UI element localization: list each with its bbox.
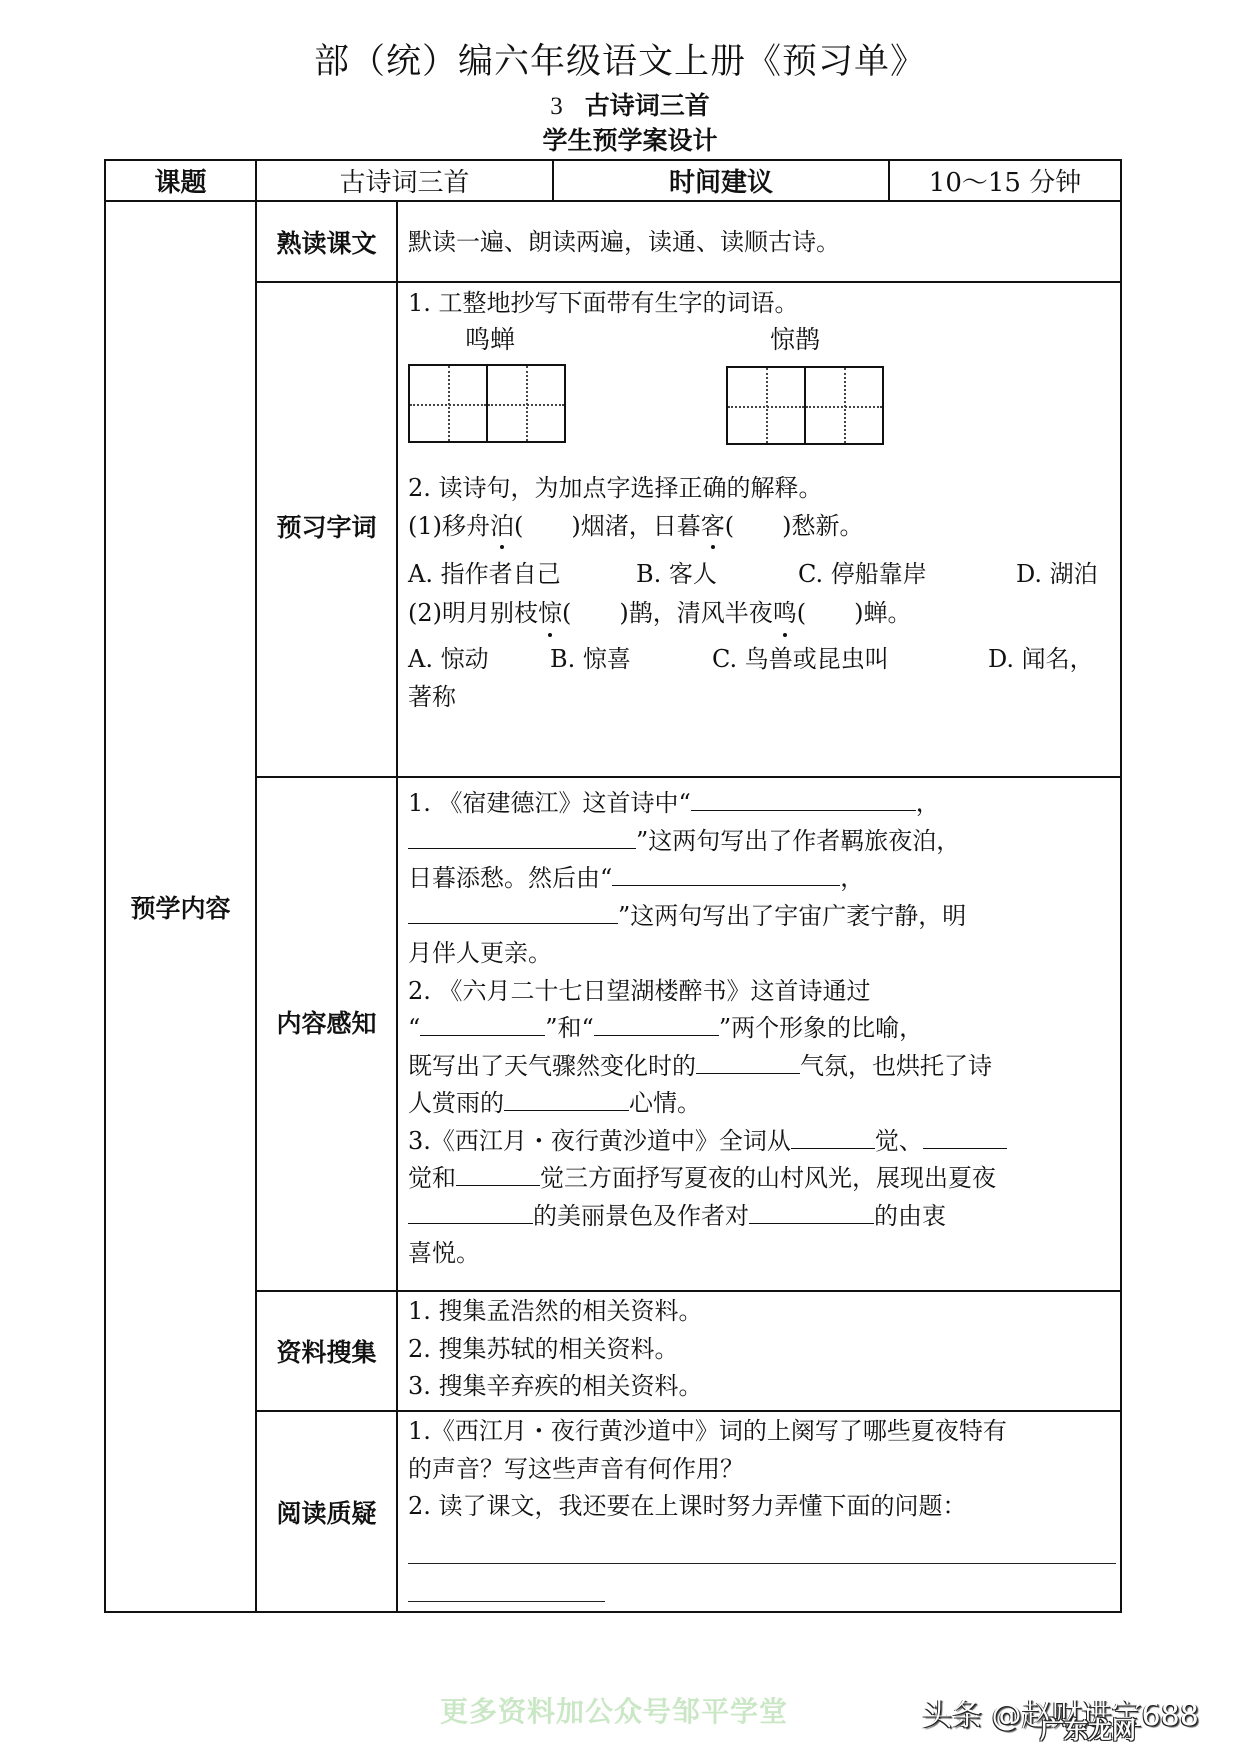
vocab-q2: 2. 读诗句，为加点字选择正确的解释。 (1)移舟泊( )烟渚，日暮客( )愁新… xyxy=(408,470,863,545)
perception-line: ”这两句写出了宇宙广袤宁静，明 xyxy=(408,898,1007,936)
text: 气氛，也烘托了诗 xyxy=(800,1052,992,1080)
option-b: B. 惊喜 xyxy=(550,641,712,679)
perception-line: “”和“”两个形象的比喻， xyxy=(408,1010,1007,1048)
grid-cell[interactable] xyxy=(728,368,806,443)
perception-line: 2. 《六月二十七日望湖楼醉书》这首诗通过 xyxy=(408,973,1007,1011)
answer-line[interactable] xyxy=(408,1601,605,1602)
row-label-materials: 资料搜集 xyxy=(257,1291,396,1411)
option-a: A. 惊动 xyxy=(408,641,550,679)
text: 觉、 xyxy=(875,1127,923,1155)
fill-blank[interactable] xyxy=(923,1126,1007,1149)
dotted-char: 泊 xyxy=(490,508,514,546)
row-label-perception: 内容感知 xyxy=(257,777,396,1291)
option-c: C. 鸟兽或昆虫叫 xyxy=(712,641,988,679)
topic-value: 古诗词三首 xyxy=(257,160,552,201)
fill-blank[interactable] xyxy=(408,826,636,849)
word-label-jingque: 惊鹊 xyxy=(770,320,820,356)
vocab-q2-options1: A. 指作者自己B. 客人C. 停船靠岸D. 湖泊 xyxy=(408,556,1098,594)
fill-blank[interactable] xyxy=(504,1088,629,1111)
fill-blank[interactable] xyxy=(696,1051,800,1074)
text: “ xyxy=(408,1014,420,1042)
dotted-char: 客 xyxy=(701,508,725,546)
watermark-site: 广东龙网 xyxy=(1040,1710,1136,1745)
lesson-heading: 3古诗词三首 xyxy=(0,86,1240,122)
topic-label: 课题 xyxy=(105,160,256,201)
vocab-q2-options2: A. 惊动B. 惊喜C. 鸟兽或昆虫叫D. 闻名， 著称 xyxy=(408,641,1094,716)
row-label-reading: 熟读课文 xyxy=(257,201,396,282)
option-d: D. 闻名， xyxy=(988,645,1094,673)
perception-line: 1. 《宿建德江》这首诗中“， xyxy=(408,785,1007,823)
vocab-q2-prompt: 2. 读诗句，为加点字选择正确的解释。 xyxy=(408,470,863,508)
document-subtitle: 学生预学案设计 xyxy=(0,121,1240,157)
q2-line1-text: ( )愁新。 xyxy=(725,512,864,540)
perception-line: 日暮添愁。然后由“， xyxy=(408,860,1007,898)
word-label-mingchan: 鸣蝉 xyxy=(465,320,515,356)
perception-line: 的美丽景色及作者对的由衷 xyxy=(408,1198,1007,1236)
dotted-char: 惊 xyxy=(538,595,562,633)
vocab-q2-line1: (1)移舟泊( )烟渚，日暮客( )愁新。 xyxy=(408,508,863,546)
grid-cell[interactable] xyxy=(410,366,488,441)
watermark-green: 更多资料加公众号邹平学堂 xyxy=(440,1690,788,1730)
option-d-wrap: 著称 xyxy=(408,679,1094,717)
lesson-title: 古诗词三首 xyxy=(585,91,710,120)
text: 的由衷 xyxy=(874,1202,946,1230)
questions-text: 1.《西江月・夜行黄沙道中》词的上阕写了哪些夏夜特有 的声音？写这些声音有何作用… xyxy=(408,1413,1007,1526)
lesson-number: 3 xyxy=(550,93,563,120)
questions-line: 2. 读了课文，我还要在上课时努力弄懂下面的问题： xyxy=(408,1488,1007,1526)
text: 既写出了天气骤然变化时的 xyxy=(408,1052,696,1080)
q2-line1-text: (1)移舟 xyxy=(408,512,490,540)
dotted-char: 鸣 xyxy=(773,595,797,633)
materials-item: 2. 搜集苏轼的相关资料。 xyxy=(408,1331,703,1369)
fill-blank[interactable] xyxy=(691,788,916,811)
text: ”这两句写出了宇宙广袤宁静，明 xyxy=(618,902,966,930)
table-divider xyxy=(396,200,398,1613)
document-title: 部（统）编六年级语文上册《预习单》 xyxy=(0,34,1240,84)
table-border-right xyxy=(1120,159,1122,1613)
side-label-preview-content: 预学内容 xyxy=(105,201,256,1612)
q2-line2-text: ( )蝉。 xyxy=(797,599,912,627)
fill-blank[interactable] xyxy=(420,1013,545,1036)
fill-blank[interactable] xyxy=(408,1201,533,1224)
text: 1. 《宿建德江》这首诗中“ xyxy=(408,789,691,817)
answer-line[interactable] xyxy=(408,1563,1116,1564)
perception-text: 1. 《宿建德江》这首诗中“， ”这两句写出了作者羁旅夜泊， 日暮添愁。然后由“… xyxy=(408,785,1007,1273)
perception-line: ”这两句写出了作者羁旅夜泊， xyxy=(408,823,1007,861)
time-label: 时间建议 xyxy=(554,160,888,201)
option-d: D. 湖泊 xyxy=(1016,560,1098,588)
option-b: B. 客人 xyxy=(636,556,798,594)
fill-blank[interactable] xyxy=(408,901,618,924)
fill-blank[interactable] xyxy=(749,1201,874,1224)
q2-line2-text: (2)明月别枝 xyxy=(408,599,538,627)
text: ”两个形象的比喻， xyxy=(719,1014,923,1042)
text: 的美丽景色及作者对 xyxy=(533,1202,749,1230)
grid-cell[interactable] xyxy=(806,368,882,443)
vocab-q2-line2: (2)明月别枝惊( )鹊，清风半夜鸣( )蝉。 xyxy=(408,595,911,633)
text: ”和“ xyxy=(545,1014,594,1042)
perception-line: 觉和觉三方面抒写夏夜的山村风光，展现出夏夜 xyxy=(408,1160,1007,1198)
text: 人赏雨的 xyxy=(408,1089,504,1117)
fill-blank[interactable] xyxy=(594,1013,719,1036)
time-value: 10～15 分钟 xyxy=(890,160,1120,201)
row-label-questions: 阅读质疑 xyxy=(257,1411,396,1612)
text: ， xyxy=(840,864,864,892)
text: 日暮添愁。然后由“ xyxy=(408,864,612,892)
perception-line: 3.《西江月・夜行黄沙道中》全词从觉、 xyxy=(408,1123,1007,1161)
questions-line: 1.《西江月・夜行黄沙道中》词的上阕写了哪些夏夜特有 xyxy=(408,1413,1007,1451)
questions-line: 的声音？写这些声音有何作用？ xyxy=(408,1451,1007,1489)
fill-blank[interactable] xyxy=(612,863,840,886)
q2-line1-text: ( )烟渚，日暮 xyxy=(514,512,701,540)
option-a: A. 指作者自己 xyxy=(408,556,636,594)
writing-grid-jingque[interactable] xyxy=(726,366,884,445)
vocab-q1: 1. 工整地抄写下面带有生字的词语。 xyxy=(408,285,799,323)
materials-item: 3. 搜集辛弃疾的相关资料。 xyxy=(408,1368,703,1406)
option-c: C. 停船靠岸 xyxy=(798,556,1016,594)
text: ， xyxy=(916,789,940,817)
fill-blank[interactable] xyxy=(791,1126,875,1149)
perception-line: 喜悦。 xyxy=(408,1235,1007,1273)
text: ”这两句写出了作者羁旅夜泊， xyxy=(636,827,960,855)
fill-blank[interactable] xyxy=(456,1163,540,1186)
perception-line: 既写出了天气骤然变化时的气氛，也烘托了诗 xyxy=(408,1048,1007,1086)
text: 觉三方面抒写夏夜的山村风光，展现出夏夜 xyxy=(540,1164,996,1192)
writing-grid-mingchan[interactable] xyxy=(408,364,566,443)
perception-line: 人赏雨的心情。 xyxy=(408,1085,1007,1123)
text: 3.《西江月・夜行黄沙道中》全词从 xyxy=(408,1127,791,1155)
row-label-vocab: 预习字词 xyxy=(257,282,396,777)
reading-instruction: 默读一遍、朗读两遍，读通、读顺古诗。 xyxy=(408,224,840,262)
text: 觉和 xyxy=(408,1164,456,1192)
materials-list: 1. 搜集孟浩然的相关资料。 2. 搜集苏轼的相关资料。 3. 搜集辛弃疾的相关… xyxy=(408,1293,703,1406)
options2-row: A. 惊动B. 惊喜C. 鸟兽或昆虫叫D. 闻名， xyxy=(408,641,1094,679)
text: 心情。 xyxy=(629,1089,701,1117)
grid-cell[interactable] xyxy=(488,366,564,441)
q2-line2-text: ( )鹊，清风半夜 xyxy=(562,599,773,627)
materials-item: 1. 搜集孟浩然的相关资料。 xyxy=(408,1293,703,1331)
perception-line: 月伴人更亲。 xyxy=(408,935,1007,973)
